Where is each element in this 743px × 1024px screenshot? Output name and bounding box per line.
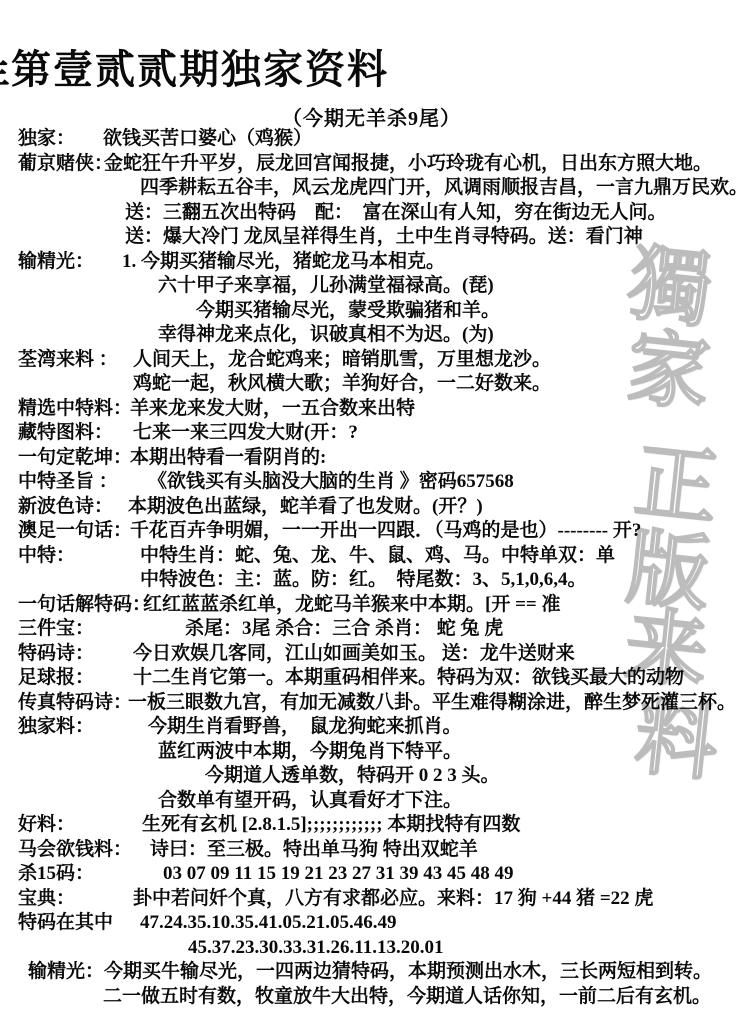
text-line: 杀15码：03 07 09 11 15 19 21 23 27 31 39 43…: [0, 862, 743, 887]
text-line: 送：爆大冷门 龙凤呈祥得生肖，土中生肖寻特码。送：看门神: [0, 225, 743, 250]
line-text: 红红蓝蓝杀红单，龙蛇马羊猴来中本期。[开 == 准: [143, 593, 560, 618]
text-line: 特码诗：今日欢娱几客同，江山如画美如玉。 送：龙牛送财来: [0, 642, 743, 667]
document-body: 独家：欲钱买苦口婆心（鸡猴）葡京赌侠：金蛇狂午升平岁，辰龙回宫闻报捷，小巧玲珑有…: [0, 127, 743, 1009]
line-text: 诗曰：至三极。特出单马狗 特出双蛇羊: [150, 838, 478, 863]
text-line: 二一做五时有数，牧童放牛大出特，今期道人话你知，一前二后有玄机。: [0, 985, 743, 1010]
line-label: 三件宝：: [18, 617, 94, 642]
line-text: 十二生肖它第一。本期重码相伴来。特码为双：欲钱买最大的动物: [133, 666, 684, 691]
line-text: 欲钱买苦口婆心（鸡猴）: [103, 127, 312, 152]
text-line: 宝典：卦中若问奷个真，八方有求都必应。来料：17 狗 +44 猪 =22 虎: [0, 887, 743, 912]
line-label: 一句话解特码：: [18, 593, 151, 618]
line-label: 特码在其中: [18, 911, 113, 936]
text-line: 澳足一句话：千花百卉争明媚，一一开出一四跟．（马鸡的是也）-------- 开?: [0, 519, 743, 544]
line-text: 03 07 09 11 15 19 21 23 27 31 39 43 45 4…: [163, 862, 513, 887]
text-line: 中特波色：主：蓝。防：红。 特尾数：3、5,1,0,6,4。: [0, 568, 743, 593]
text-line: 精选中特料：羊来龙来发大财，一五合数来出特: [0, 397, 743, 422]
line-text: 四季耕耘五谷丰，风云龙虎四门开，风调雨顺报吉昌，一言九鼎万民欢。: [140, 176, 743, 201]
text-line: 送：三翻五次出特码 配： 富在深山有人知，穷在街边无人问。: [0, 201, 743, 226]
title-clipped-char: 年: [0, 46, 11, 96]
text-line: 独家：欲钱买苦口婆心（鸡猴）: [0, 127, 743, 152]
line-text: 金蛇狂午升平岁，辰龙回宫闻报捷，小巧玲珑有心机，日出东方照大地。: [104, 152, 712, 177]
line-text: 送：爆大冷门 龙凤呈祥得生肖，土中生肖寻特码。送：看门神: [125, 225, 643, 250]
line-label: 宝典：: [18, 887, 75, 912]
text-line: 今期道人透单数，特码开 0 2 3 头。: [0, 764, 743, 789]
text-line: 葡京赌侠：金蛇狂午升平岁，辰龙回宫闻报捷，小巧玲珑有心机，日出东方照大地。: [0, 152, 743, 177]
text-line: 马会欲钱料：诗曰：至三极。特出单马狗 特出双蛇羊: [0, 838, 743, 863]
page-title-row: 年第壹贰贰期独家资料: [0, 44, 743, 102]
text-line: 独家料：今期生肖看野兽， 鼠龙狗蛇来抓肖。: [0, 715, 743, 740]
text-line: 输精光：今期买牛输尽光，一四两边猜特码，本期预测出水木，三长两短相到转。: [0, 960, 743, 985]
line-text: 卦中若问奷个真，八方有求都必应。来料：17 狗 +44 猪 =22 虎: [133, 887, 653, 912]
line-label: 葡京赌侠：: [18, 152, 113, 177]
line-text: 45.37.23.30.33.31.26.11.13.20.01: [188, 936, 443, 961]
line-label: 澳足一句话：: [18, 519, 132, 544]
page-title: 第壹贰贰期独家资料: [11, 44, 389, 96]
line-text: 《欲钱买有头脑没大脑的生肖 》密码657568: [148, 470, 514, 495]
text-line: 幸得神龙来点化，识破真相不为迟。(为): [0, 323, 743, 348]
line-label: 杀15码：: [18, 862, 94, 887]
text-line: 一句定乾坤：本期出特看一看阴肖的:: [0, 446, 743, 471]
text-line: 中特圣旨 ：《欲钱买有头脑没大脑的生肖 》密码657568: [0, 470, 743, 495]
line-text: 合数单有望开码，认真看好才下注。: [158, 789, 462, 814]
line-label: 中特：: [18, 544, 75, 569]
line-label: 传真特码诗：: [18, 691, 132, 716]
line-text: 六十甲子来享福，儿孙满堂福禄高。(琵): [158, 274, 494, 299]
line-text: 今日欢娱几客同，江山如画美如玉。 送：龙牛送财来: [133, 642, 575, 667]
line-label: 独家料：: [18, 715, 94, 740]
tip-sheet-page: 獨家正版来料 年第壹贰贰期独家资料 （今期无羊杀9尾） 独家：欲钱买苦口婆心（鸡…: [0, 0, 743, 1024]
line-label: 荃湾来料 ：: [18, 348, 118, 373]
line-text: 杀尾：3尾 杀合：三合 杀肖： 蛇 兔 虎: [185, 617, 503, 642]
text-line: 六十甲子来享福，儿孙满堂福禄高。(琵): [0, 274, 743, 299]
text-line: 三件宝：杀尾：3尾 杀合：三合 杀肖： 蛇 兔 虎: [0, 617, 743, 642]
line-label: 藏特图料：: [18, 421, 113, 446]
line-text: 47.24.35.10.35.41.05.21.05.46.49: [140, 911, 397, 936]
text-line: 45.37.23.30.33.31.26.11.13.20.01: [0, 936, 743, 961]
line-text: 羊来龙来发大财，一五合数来出特: [130, 397, 415, 422]
line-text: 输精光：今期买牛输尽光，一四两边猜特码，本期预测出水木，三长两短相到转。: [28, 960, 712, 985]
text-line: 荃湾来料 ：人间天上，龙合蛇鸡来；暗销肌雪，万里想龙沙。: [0, 348, 743, 373]
text-line: 特码在其中47.24.35.10.35.41.05.21.05.46.49: [0, 911, 743, 936]
line-text: 鸡蛇一起，秋风横大歌；羊狗好合，一二好数来。: [133, 372, 551, 397]
line-text: 送：三翻五次出特码 配： 富在深山有人知，穷在街边无人问。: [125, 201, 667, 226]
line-label: 中特圣旨 ：: [18, 470, 118, 495]
line-text: 今期道人透单数，特码开 0 2 3 头。: [205, 764, 500, 789]
text-line: 传真特码诗：一板三眼数九宫，有加无减数八卦。平生难得糊涂进，醉生梦死灌三杯。: [0, 691, 743, 716]
text-line: 鸡蛇一起，秋风横大歌；羊狗好合，一二好数来。: [0, 372, 743, 397]
text-line: 今期买猪输尽光，蒙受欺骗猪和羊。: [0, 299, 743, 324]
line-text: 本期出特看一看阴肖的:: [130, 446, 326, 471]
line-text: 今期买猪输尽光，蒙受欺骗猪和羊。: [196, 299, 500, 324]
line-text: 二一做五时有数，牧童放牛大出特，今期道人话你知，一前二后有玄机。: [103, 985, 711, 1010]
line-label: 好料：: [18, 813, 75, 838]
line-text: 中特波色：主：蓝。防：红。 特尾数：3、5,1,0,6,4。: [140, 568, 587, 593]
line-label: 输精光：: [18, 250, 94, 275]
line-label: 足球报：: [18, 666, 94, 691]
line-label: 特码诗：: [18, 642, 94, 667]
line-label: 一句定乾坤：: [18, 446, 132, 471]
text-line: 输精光：1. 今期买猪输尽光，猪蛇龙马本相克。: [0, 250, 743, 275]
text-line: 好料：生死有玄机 [2.8.1.5];;;;;;;;;;;; 本期找特有四数: [0, 813, 743, 838]
line-text: 本期波色出蓝绿，蛇羊看了也发财。(开？): [128, 495, 483, 520]
line-text: 蓝红两波中本期，今期兔肖下特平。: [158, 740, 462, 765]
line-text: 1. 今期买猪输尽光，猪蛇龙马本相克。: [122, 250, 445, 275]
line-text: 生死有玄机 [2.8.1.5];;;;;;;;;;;; 本期找特有四数: [142, 813, 520, 838]
text-line: 中特：中特生肖：蛇、兔、龙、牛、鼠、鸡、马。中特单双：单: [0, 544, 743, 569]
text-line: 蓝红两波中本期，今期兔肖下特平。: [0, 740, 743, 765]
text-line: 一句话解特码：红红蓝蓝杀红单，龙蛇马羊猴来中本期。[开 == 准: [0, 593, 743, 618]
line-text: 人间天上，龙合蛇鸡来；暗销肌雪，万里想龙沙。: [133, 348, 551, 373]
text-line: 新波色诗：本期波色出蓝绿，蛇羊看了也发财。(开？): [0, 495, 743, 520]
line-text: 千花百卉争明媚，一一开出一四跟．（马鸡的是也）-------- 开?: [130, 519, 641, 544]
text-line: 四季耕耘五谷丰，风云龙虎四门开，风调雨顺报吉昌，一言九鼎万民欢。: [0, 176, 743, 201]
line-text: 今期生肖看野兽， 鼠龙狗蛇来抓肖。: [148, 715, 462, 740]
line-text: 幸得神龙来点化，识破真相不为迟。(为): [158, 323, 494, 348]
text-line: 合数单有望开码，认真看好才下注。: [0, 789, 743, 814]
line-text: 七来一来三四发大财(开：?: [133, 421, 358, 446]
line-text: 一板三眼数九宫，有加无减数八卦。平生难得糊涂进，醉生梦死灌三杯。: [128, 691, 736, 716]
text-line: 藏特图料：七来一来三四发大财(开：?: [0, 421, 743, 446]
line-text: 中特生肖：蛇、兔、龙、牛、鼠、鸡、马。中特单双：单: [140, 544, 615, 569]
text-line: 足球报：十二生肖它第一。本期重码相伴来。特码为双：欲钱买最大的动物: [0, 666, 743, 691]
line-label: 马会欲钱料：: [18, 838, 132, 863]
line-label: 精选中特料：: [18, 397, 132, 422]
line-label: 新波色诗：: [18, 495, 113, 520]
line-label: 独家：: [18, 127, 75, 152]
